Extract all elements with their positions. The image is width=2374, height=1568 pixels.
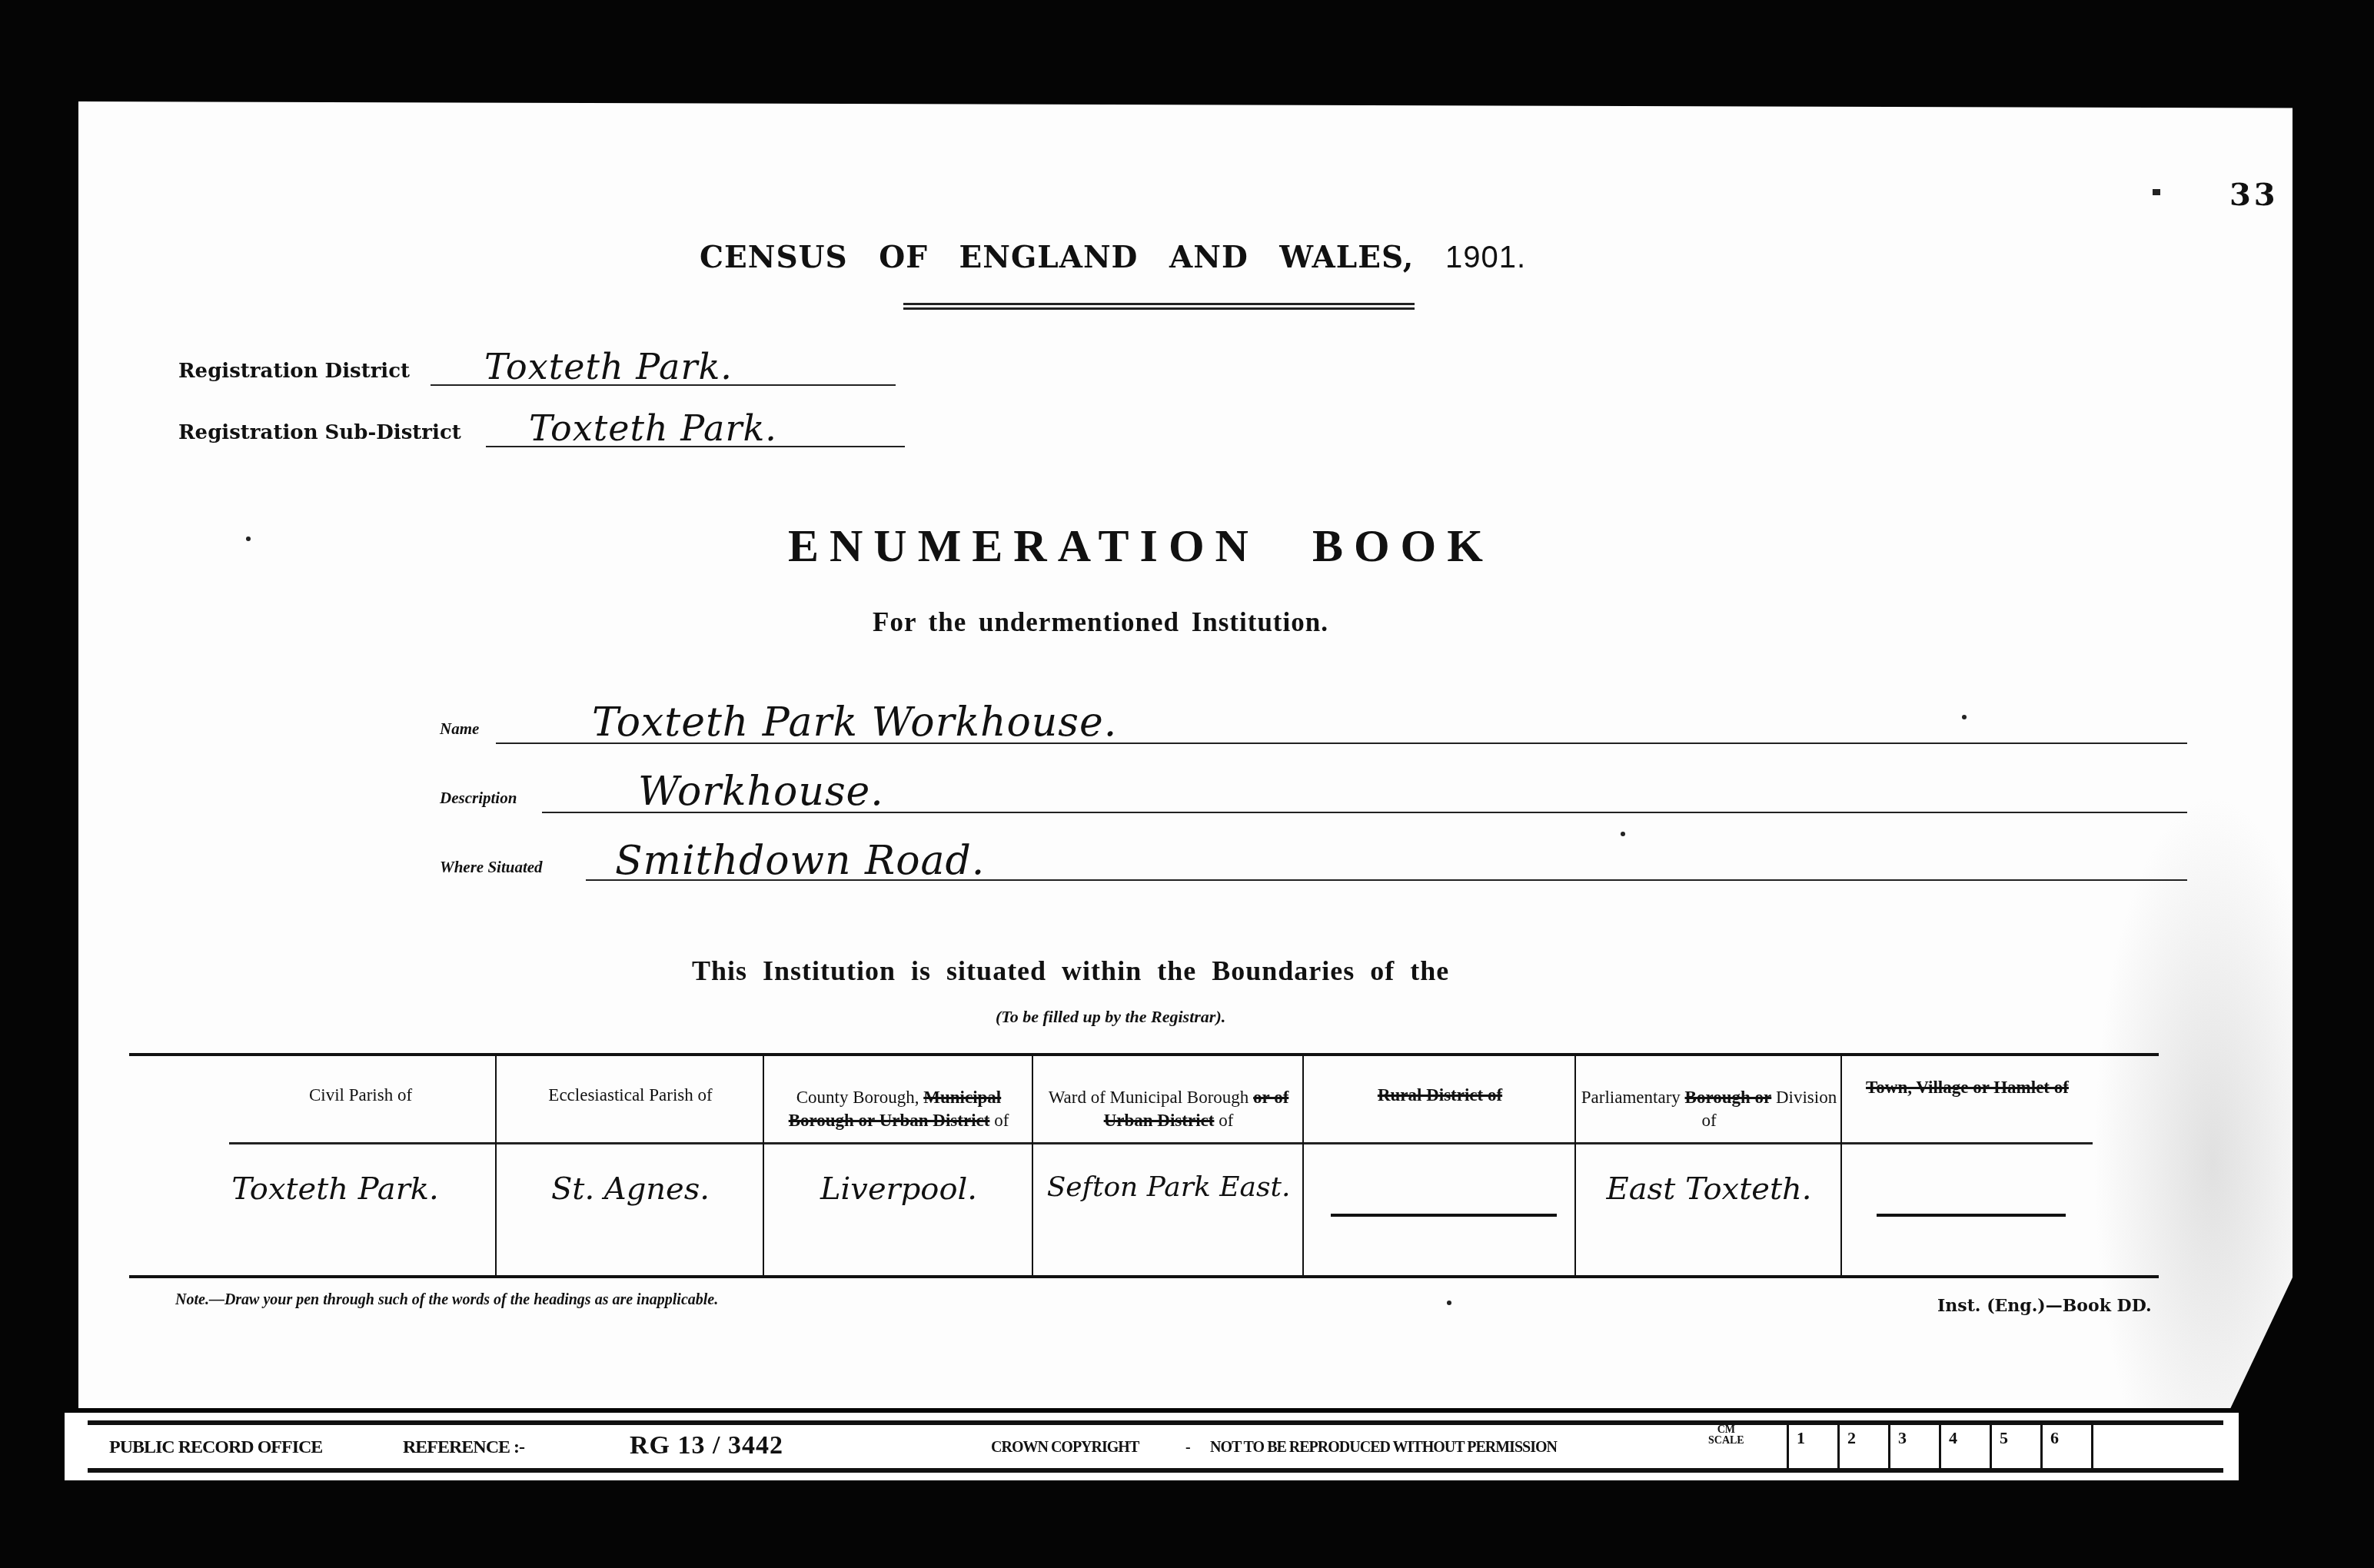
county-borough-value: Liverpool.: [764, 1171, 1033, 1207]
ink-speck: [246, 537, 251, 541]
scale-mark: 1: [1787, 1425, 1837, 1468]
institution-name-value: Toxteth Park Workhouse.: [592, 699, 1117, 746]
reference-number: RG 13 / 3442: [630, 1431, 783, 1460]
ecclesiastical-parish-value: St. Agnes.: [497, 1171, 764, 1207]
title-double-rule: [903, 303, 1415, 310]
column-heading: Ecclesiastical Parish of: [500, 1079, 761, 1168]
boundaries-heading: This Institution is situated within the …: [692, 955, 1449, 987]
scale-mark: 5: [1990, 1425, 2040, 1468]
cm-scale-label: CM SCALE: [1708, 1425, 1744, 1447]
census-title-text: CENSUS OF ENGLAND AND WALES,: [700, 240, 1414, 275]
column-parliamentary-division: Parliamentary Borough or Division of Eas…: [1574, 1056, 1842, 1275]
institution-description-label: Description: [440, 789, 517, 808]
registrar-note: (To be filled up by the Registrar).: [996, 1007, 1225, 1027]
institution-name-label: Name: [440, 719, 479, 739]
ink-speck: [1621, 832, 1625, 836]
enumeration-book-title: ENUMERATION BOOK: [788, 520, 1494, 573]
column-rule: [1033, 1142, 1304, 1144]
copyright-label: CROWN COPYRIGHT: [991, 1439, 1139, 1457]
scale-mark: 2: [1837, 1425, 1888, 1468]
column-rule: [1304, 1142, 1576, 1144]
heading-text: Parliamentary: [1581, 1088, 1685, 1107]
column-ecclesiastical-parish: Ecclesiastical Parish of St. Agnes.: [495, 1056, 764, 1275]
scale-mark: 6: [2040, 1425, 2091, 1468]
column-rule: [497, 1142, 764, 1144]
column-civil-parish: Civil Parish of Toxteth Park.: [129, 1056, 495, 1275]
column-heading: County Borough, Municipal Borough or Urb…: [767, 1067, 1030, 1151]
column-heading: Civil Parish of: [229, 1079, 492, 1168]
column-rule: [229, 1142, 495, 1144]
enumeration-book-subtitle: For the undermentioned Institution.: [873, 607, 1328, 638]
column-heading: Rural District of: [1307, 1079, 1573, 1168]
heading-struck-text: Town, Village or Hamlet of: [1845, 1076, 2090, 1099]
column-rural-district: Rural District of: [1302, 1056, 1576, 1275]
registration-district-value: Toxteth Park.: [484, 346, 733, 387]
column-county-borough: County Borough, Municipal Borough or Urb…: [763, 1056, 1033, 1275]
ink-speck: [1962, 715, 1967, 719]
reference-label: REFERENCE :-: [403, 1437, 524, 1458]
heading-text: County Borough,: [796, 1088, 923, 1107]
column-rule: [764, 1142, 1033, 1144]
scale-mark: [2091, 1425, 2229, 1468]
registration-sub-district-value: Toxteth Park.: [529, 407, 777, 449]
registration-district-label: Registration District: [178, 360, 410, 383]
scale-mark: 3: [1888, 1425, 1939, 1468]
footnote: Note.—Draw your pen through such of the …: [175, 1291, 718, 1309]
census-year: 1901.: [1445, 241, 1526, 274]
institution-where-situated-label: Where Situated: [440, 858, 543, 877]
book-reference: Inst. (Eng.)—Book DD.: [1937, 1296, 2152, 1316]
heading-text: Ecclesiastical Parish of: [500, 1084, 761, 1107]
heading-text: Ward of Municipal Borough: [1049, 1088, 1253, 1107]
ink-speck: [1447, 1301, 1451, 1305]
heading-struck-text: Borough or: [1685, 1088, 1772, 1107]
office-label: PUBLIC RECORD OFFICE: [109, 1437, 322, 1458]
cm-label: CM: [1708, 1425, 1744, 1436]
heading-text: Civil Parish of: [229, 1084, 492, 1107]
ward-value: Sefton Park East.: [1033, 1171, 1304, 1203]
blank-dash: [1877, 1214, 2066, 1217]
census-title: CENSUS OF ENGLAND AND WALES, 1901.: [700, 240, 1526, 275]
column-heading: Town, Village or Hamlet of: [1845, 1071, 2090, 1161]
ink-speck: [2153, 189, 2160, 195]
civil-parish-value: Toxteth Park.: [175, 1171, 495, 1207]
separator: -: [1185, 1439, 1190, 1457]
permission-label: NOT TO BE REPRODUCED WITHOUT PERMISSION: [1210, 1439, 1557, 1457]
column-ward: Ward of Municipal Borough or of Urban Di…: [1032, 1056, 1304, 1275]
parliamentary-division-value: East Toxteth.: [1576, 1171, 1842, 1207]
institution-where-situated-value: Smithdown Road.: [615, 838, 985, 884]
registration-sub-district-label: Registration Sub-District: [178, 421, 461, 444]
heading-text: of: [989, 1111, 1009, 1130]
strip-rule-bottom: [88, 1468, 2223, 1473]
scale-mark: 4: [1939, 1425, 1990, 1468]
heading-text: of: [1214, 1111, 1233, 1130]
page-number: 33: [2229, 177, 2279, 213]
heading-struck-text: Rural District of: [1307, 1084, 1573, 1107]
column-rule: [1576, 1142, 1842, 1144]
column-heading: Ward of Municipal Borough or of Urban Di…: [1036, 1067, 1301, 1151]
reference-strip: PUBLIC RECORD OFFICE REFERENCE :- RG 13 …: [65, 1413, 2239, 1480]
cm-scale-ruler: 1 2 3 4 5 6: [1787, 1425, 2229, 1468]
column-town-village-hamlet: Town, Village or Hamlet of: [1840, 1056, 2093, 1275]
column-heading: Parliamentary Borough or Division of: [1579, 1067, 1839, 1151]
boundaries-table: Civil Parish of Toxteth Park. Ecclesiast…: [129, 1053, 2159, 1278]
scale-label: SCALE: [1708, 1436, 1744, 1447]
institution-description-value: Workhouse.: [638, 769, 884, 815]
column-rule: [1842, 1142, 2093, 1144]
blank-dash: [1331, 1214, 1557, 1217]
